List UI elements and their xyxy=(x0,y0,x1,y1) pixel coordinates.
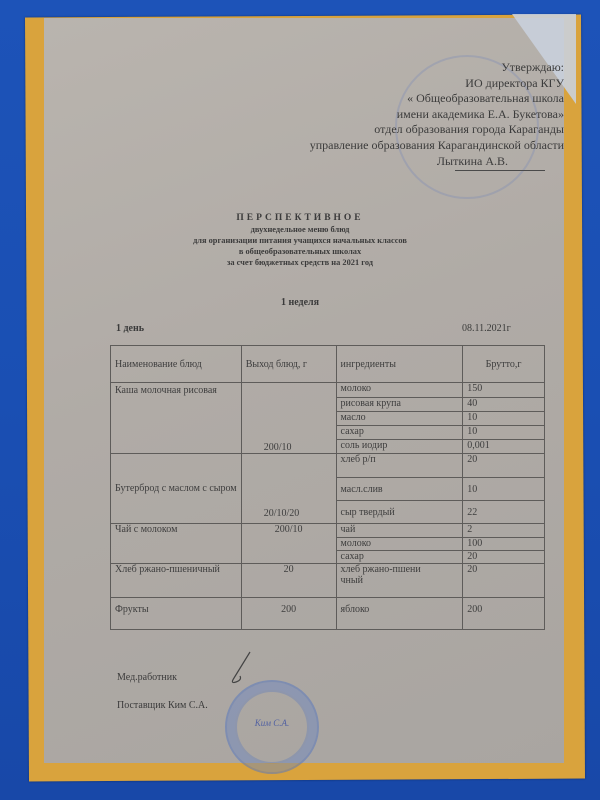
ingredient-name: сахар xyxy=(336,551,463,564)
title-line: двухнедельное меню блюд xyxy=(0,224,600,235)
ingredient-gross: 10 xyxy=(463,426,545,440)
approval-line: имени академика Е.А. Букетова» xyxy=(310,107,564,123)
ingredient-gross: 22 xyxy=(463,501,545,524)
approval-line: управление образования Карагандинской об… xyxy=(310,138,564,154)
table-row: Каша молочная рисовая 200/10 молоко 150 xyxy=(111,383,545,398)
ingredient-name: хлеб ржано-пшеничный xyxy=(336,564,463,598)
ingredient-gross: 40 xyxy=(463,398,545,412)
ingredient-gross: 20 xyxy=(463,454,545,478)
document-title: ПЕРСПЕКТИВНОЕ двухнедельное меню блюд дл… xyxy=(0,213,600,268)
approval-line: « Общеобразовательная школа xyxy=(310,91,564,107)
table-header-row: Наименование блюд Выход блюд, г ингредие… xyxy=(111,346,545,383)
header-output: Выход блюд, г xyxy=(241,346,336,383)
dish-output: 200 xyxy=(241,598,336,630)
table-row: Хлеб ржано-пшеничный 20 хлеб ржано-пшени… xyxy=(111,564,545,598)
ingredient-gross: 10 xyxy=(463,412,545,426)
dish-name: Фрукты xyxy=(111,598,242,630)
ingredient-name: сыр твердый xyxy=(336,501,463,524)
approval-signatory: Лыткина А.В. xyxy=(310,154,508,170)
ingredient-name: соль иодир xyxy=(336,440,463,454)
ingredient-name: масло xyxy=(336,412,463,426)
menu-table: Наименование блюд Выход блюд, г ингредие… xyxy=(110,345,545,630)
ingredient-name: сахар xyxy=(336,426,463,440)
title-line: за счет бюджетных средств на 2021 год xyxy=(0,257,600,268)
ingredient-gross: 10 xyxy=(463,478,545,501)
table-row: Бутерброд с маслом с сыром 20/10/20 хлеб… xyxy=(111,454,545,478)
approval-line: Утверждаю: xyxy=(310,60,564,76)
ingredient-name: молоко xyxy=(336,383,463,398)
supplier-stamp: Ким С.А. xyxy=(225,680,319,774)
approval-line: отдел образования города Караганды xyxy=(310,122,564,138)
day-label: 1 день xyxy=(116,323,144,334)
header-gross: Брутто,г xyxy=(463,346,545,383)
ingredient-gross: 150 xyxy=(463,383,545,398)
dish-output: 20 xyxy=(241,564,336,598)
dish-name: Каша молочная рисовая xyxy=(111,383,242,454)
approval-line: ИО директора КГУ xyxy=(310,76,564,92)
ingredient-name: чай xyxy=(336,524,463,538)
week-label: 1 неделя xyxy=(0,297,600,308)
title-line: для организации питания учащихся начальн… xyxy=(0,235,600,246)
table-row: Фрукты 200 яблоко 200 xyxy=(111,598,545,630)
dish-name: Бутерброд с маслом с сыром xyxy=(111,454,242,524)
ingredient-gross: 0,001 xyxy=(463,440,545,454)
ingredient-gross: 2 xyxy=(463,524,545,538)
ingredient-name: молоко xyxy=(336,538,463,551)
supplier-label: Поставщик Ким С.А. xyxy=(117,700,208,711)
dish-output: 200/10 xyxy=(241,524,336,564)
ingredient-name: рисовая крупа xyxy=(336,398,463,412)
medic-label: Мед.работник xyxy=(117,672,177,683)
ingredient-gross: 200 xyxy=(463,598,545,630)
ingredient-gross: 20 xyxy=(463,564,545,598)
menu-date: 08.11.2021г xyxy=(462,323,511,334)
dish-output: 20/10/20 xyxy=(241,454,336,524)
approval-signature-line xyxy=(455,170,545,171)
ingredient-name: масл.слив xyxy=(336,478,463,501)
table-row: Чай с молоком 200/10 чай 2 xyxy=(111,524,545,538)
stamp-text: Ким С.А. xyxy=(241,718,303,728)
header-ingredients: ингредиенты xyxy=(336,346,463,383)
ingredient-gross: 20 xyxy=(463,551,545,564)
title-line: в общеобразовательных школах xyxy=(0,246,600,257)
header-dish-name: Наименование блюд xyxy=(111,346,242,383)
ingredient-name: яблоко xyxy=(336,598,463,630)
approval-block: Утверждаю: ИО директора КГУ « Общеобразо… xyxy=(310,60,564,169)
dish-output: 200/10 xyxy=(241,383,336,454)
ingredient-gross: 100 xyxy=(463,538,545,551)
ingredient-name: хлеб р/п xyxy=(336,454,463,478)
dish-name: Хлеб ржано-пшеничный xyxy=(111,564,242,598)
title-heading: ПЕРСПЕКТИВНОЕ xyxy=(0,213,600,224)
dish-name: Чай с молоком xyxy=(111,524,242,564)
